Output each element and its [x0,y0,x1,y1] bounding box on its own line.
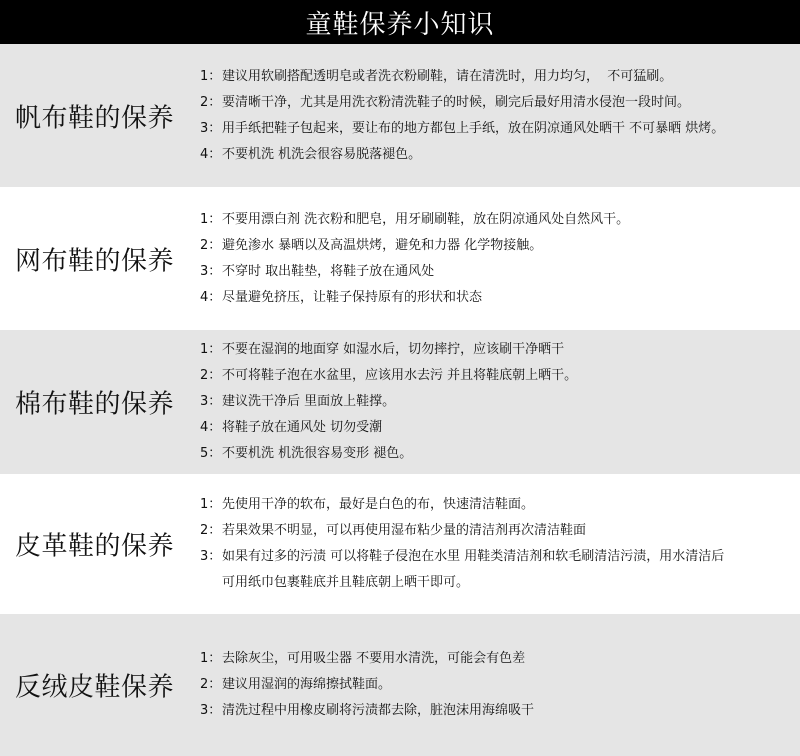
section-title: 网布鞋的保养 [15,240,195,277]
section-title: 帆布鞋的保养 [15,97,195,134]
tip-item: 3：建议洗干净后 里面放上鞋撑。 [200,389,800,415]
tip-item: 2：建议用湿润的海绵擦拭鞋面。 [200,672,800,698]
section-leather-shoes: 皮革鞋的保养 1：先使用干净的软布，最好是白色的布，快速清洁鞋面。 2：若果效果… [0,474,800,614]
tip-text: 不要在湿润的地面穿 如湿水后，切勿摔拧，应该刷干净晒干 [222,337,564,363]
tip-number: 2： [200,672,222,698]
tip-number: 1： [200,207,222,233]
tip-number: 1： [200,646,222,672]
section-canvas-shoes: 帆布鞋的保养 1：建议用软刷搭配透明皂或者洗衣粉刷鞋，请在清洗时，用力均匀， 不… [0,44,800,187]
tip-text: 不穿时 取出鞋垫，将鞋子放在通风处 [222,259,434,285]
tip-text: 去除灰尘，可用吸尘器 不要用水清洗，可能会有色差 [222,646,525,672]
tip-number: 4： [200,285,222,311]
tip-item: 2：避免渗水 暴晒以及高温烘烤，避免和力器 化学物接触。 [200,233,800,259]
tip-item: 3：用手纸把鞋子包起来，要让布的地方都包上手纸，放在阴凉通风处晒干 不可暴晒 烘… [200,116,800,142]
section-title: 棉布鞋的保养 [15,384,195,421]
tip-item: 4：不要机洗 机洗会很容易脱落褪色。 [200,142,800,168]
section-suede-shoes: 反绒皮鞋保养 1：去除灰尘，可用吸尘器 不要用水清洗，可能会有色差 2：建议用湿… [0,614,800,756]
tip-text: 不可将鞋子泡在水盆里，应该用水去污 并且将鞋底朝上晒干。 [222,363,577,389]
tip-number: 1： [200,337,222,363]
tip-item: 4：将鞋子放在通风处 切勿受潮 [200,415,800,441]
tip-text: 不要机洗 机洗会很容易脱落褪色。 [222,142,421,168]
tip-number: 3： [200,259,222,285]
tip-item: 2：不可将鞋子泡在水盆里，应该用水去污 并且将鞋底朝上晒干。 [200,363,800,389]
tips-list: 1：不要在湿润的地面穿 如湿水后，切勿摔拧，应该刷干净晒干 2：不可将鞋子泡在水… [200,337,800,467]
tip-text: 建议洗干净后 里面放上鞋撑。 [222,389,395,415]
tip-number: 4： [200,415,222,441]
tip-number: 2： [200,90,222,116]
tips-list: 1：建议用软刷搭配透明皂或者洗衣粉刷鞋，请在清洗时，用力均匀， 不可猛刷。 2：… [200,64,800,168]
tip-number: 5： [200,441,222,467]
tip-item: 1：不要在湿润的地面穿 如湿水后，切勿摔拧，应该刷干净晒干 [200,337,800,363]
tip-number: 3： [200,544,222,596]
section-title: 反绒皮鞋保养 [15,667,195,704]
tip-item: 4：尽量避免挤压，让鞋子保持原有的形状和状态 [200,285,800,311]
page-title: 童鞋保养小知识 [305,4,494,41]
tip-number: 3： [200,698,222,724]
tips-list: 1：先使用干净的软布，最好是白色的布，快速清洁鞋面。 2：若果效果不明显，可以再… [200,492,800,596]
tip-text: 用手纸把鞋子包起来，要让布的地方都包上手纸，放在阴凉通风处晒干 不可暴晒 烘烤。 [222,116,724,142]
tip-item: 3：如果有过多的污渍 可以将鞋子侵泡在水里 用鞋类清洁剂和软毛刷清洁污渍，用水清… [200,544,800,596]
tip-text: 建议用软刷搭配透明皂或者洗衣粉刷鞋，请在清洗时，用力均匀， 不可猛刷。 [222,64,672,90]
tips-list: 1：不要用漂白剂 洗衣粉和肥皂，用牙刷刷鞋，放在阴凉通风处自然风干。 2：避免渗… [200,207,800,311]
tip-text: 清洗过程中用橡皮刷将污渍都去除，脏泡沫用海绵吸干 [222,698,534,724]
tip-number: 2： [200,233,222,259]
tip-item: 3：清洗过程中用橡皮刷将污渍都去除，脏泡沫用海绵吸干 [200,698,800,724]
tip-number: 1： [200,492,222,518]
tip-number: 2： [200,363,222,389]
tip-item: 5：不要机洗 机洗很容易变形 褪色。 [200,441,800,467]
tips-list: 1：去除灰尘，可用吸尘器 不要用水清洗，可能会有色差 2：建议用湿润的海绵擦拭鞋… [200,646,800,724]
tip-item: 2：要清晰干净，尤其是用洗衣粉清洗鞋子的时候，刷完后最好用清水侵泡一段时间。 [200,90,800,116]
tip-text: 要清晰干净，尤其是用洗衣粉清洗鞋子的时候，刷完后最好用清水侵泡一段时间。 [222,90,690,116]
tip-text: 不要机洗 机洗很容易变形 褪色。 [222,441,412,467]
section-title: 皮革鞋的保养 [15,526,195,563]
section-cotton-shoes: 棉布鞋的保养 1：不要在湿润的地面穿 如湿水后，切勿摔拧，应该刷干净晒干 2：不… [0,330,800,474]
tip-item: 1：建议用软刷搭配透明皂或者洗衣粉刷鞋，请在清洗时，用力均匀， 不可猛刷。 [200,64,800,90]
tip-number: 2： [200,518,222,544]
tip-number: 4： [200,142,222,168]
section-mesh-shoes: 网布鞋的保养 1：不要用漂白剂 洗衣粉和肥皂，用牙刷刷鞋，放在阴凉通风处自然风干… [0,187,800,330]
tip-text: 将鞋子放在通风处 切勿受潮 [222,415,382,441]
tip-item: 1：先使用干净的软布，最好是白色的布，快速清洁鞋面。 [200,492,800,518]
tip-text: 先使用干净的软布，最好是白色的布，快速清洁鞋面。 [222,492,534,518]
tip-number: 3： [200,389,222,415]
tip-text: 不要用漂白剂 洗衣粉和肥皂，用牙刷刷鞋，放在阴凉通风处自然风干。 [222,207,629,233]
tip-text: 如果有过多的污渍 可以将鞋子侵泡在水里 用鞋类清洁剂和软毛刷清洁污渍，用水清洁后… [222,544,724,596]
tip-item: 3：不穿时 取出鞋垫，将鞋子放在通风处 [200,259,800,285]
page-header: 童鞋保养小知识 [0,0,800,44]
tip-text: 建议用湿润的海绵擦拭鞋面。 [222,672,391,698]
tip-item: 1：不要用漂白剂 洗衣粉和肥皂，用牙刷刷鞋，放在阴凉通风处自然风干。 [200,207,800,233]
tip-text: 若果效果不明显，可以再使用湿布粘少量的清洁剂再次清洁鞋面 [222,518,586,544]
tip-number: 3： [200,116,222,142]
tip-number: 1： [200,64,222,90]
tip-text: 尽量避免挤压，让鞋子保持原有的形状和状态 [222,285,482,311]
tip-text: 避免渗水 暴晒以及高温烘烤，避免和力器 化学物接触。 [222,233,542,259]
tip-item: 1：去除灰尘，可用吸尘器 不要用水清洗，可能会有色差 [200,646,800,672]
tip-item: 2：若果效果不明显，可以再使用湿布粘少量的清洁剂再次清洁鞋面 [200,518,800,544]
